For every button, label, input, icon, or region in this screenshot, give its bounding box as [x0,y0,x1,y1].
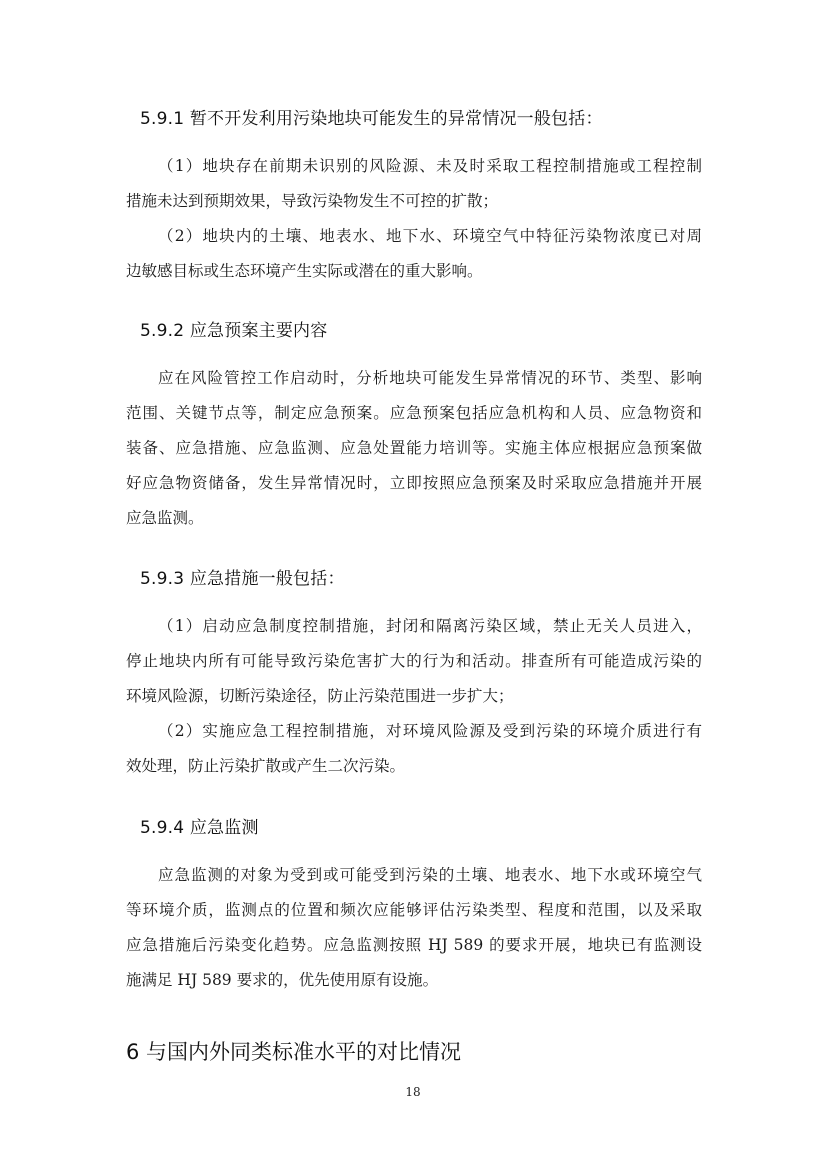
paragraph-line: 装备、应急措施、应急监测、应急处置能力培训等。实施主体应根据应急预案做 [126,436,702,458]
paragraph-line: 应在风险管控工作启动时，分析地块可能发生异常情况的环节、类型、影响 [158,366,702,388]
paragraph-line: 效处理，防止污染扩散或产生二次污染。 [126,754,702,776]
paragraph-line: （2）实施应急工程控制措施，对环境风险源及受到污染的环境介质进行有 [158,719,702,741]
paragraph-line: 施满足 HJ 589 要求的，优先使用原有设施。 [126,968,702,990]
paragraph-line: 措施未达到预期效果，导致污染物发生不可控的扩散； [126,189,702,211]
document-page: 5.9.1 暂不开发利用污染地块可能发生的异常情况一般包括： （1）地块存在前期… [0,0,826,1169]
paragraph-line: 等环境介质，监测点的位置和频次应能够评估污染类型、程度和范围，以及采取 [126,898,702,920]
chapter-heading-6: 6 与国内外同类标准水平的对比情况 [126,1036,461,1066]
paragraph-line: 应急措施后污染变化趋势。应急监测按照 HJ 589 的要求开展，地块已有监测设 [126,933,702,955]
paragraph-line: （1）启动应急制度控制措施，封闭和隔离污染区域，禁止无关人员进入， [158,614,702,636]
paragraph-line: 边敏感目标或生态环境产生实际或潜在的重大影响。 [126,259,702,281]
paragraph-line: 停止地块内所有可能导致污染危害扩大的行为和活动。排查所有可能造成污染的 [126,649,702,671]
paragraph-line: （2）地块内的土壤、地表水、地下水、环境空气中特征污染物浓度已对周 [158,224,702,246]
paragraph-line: 范围、关键节点等，制定应急预案。应急预案包括应急机构和人员、应急物资和 [126,401,702,423]
section-heading-5-9-2: 5.9.2 应急预案主要内容 [140,316,327,341]
paragraph-line: 好应急物资储备，发生异常情况时，立即按照应急预案及时采取应急措施并开展 [126,471,702,493]
paragraph-line: （1）地块存在前期未识别的风险源、未及时采取工程控制措施或工程控制 [158,154,702,176]
section-heading-5-9-1: 5.9.1 暂不开发利用污染地块可能发生的异常情况一般包括： [140,104,603,129]
paragraph-line: 应急监测的对象为受到或可能受到污染的土壤、地表水、地下水或环境空气 [158,863,702,885]
paragraph-line: 环境风险源，切断污染途径，防止污染范围进一步扩大； [126,684,702,706]
section-heading-5-9-4: 5.9.4 应急监测 [140,813,259,838]
paragraph-line: 应急监测。 [126,506,702,528]
page-number: 18 [0,1085,826,1099]
section-heading-5-9-3: 5.9.3 应急措施一般包括： [140,564,345,589]
